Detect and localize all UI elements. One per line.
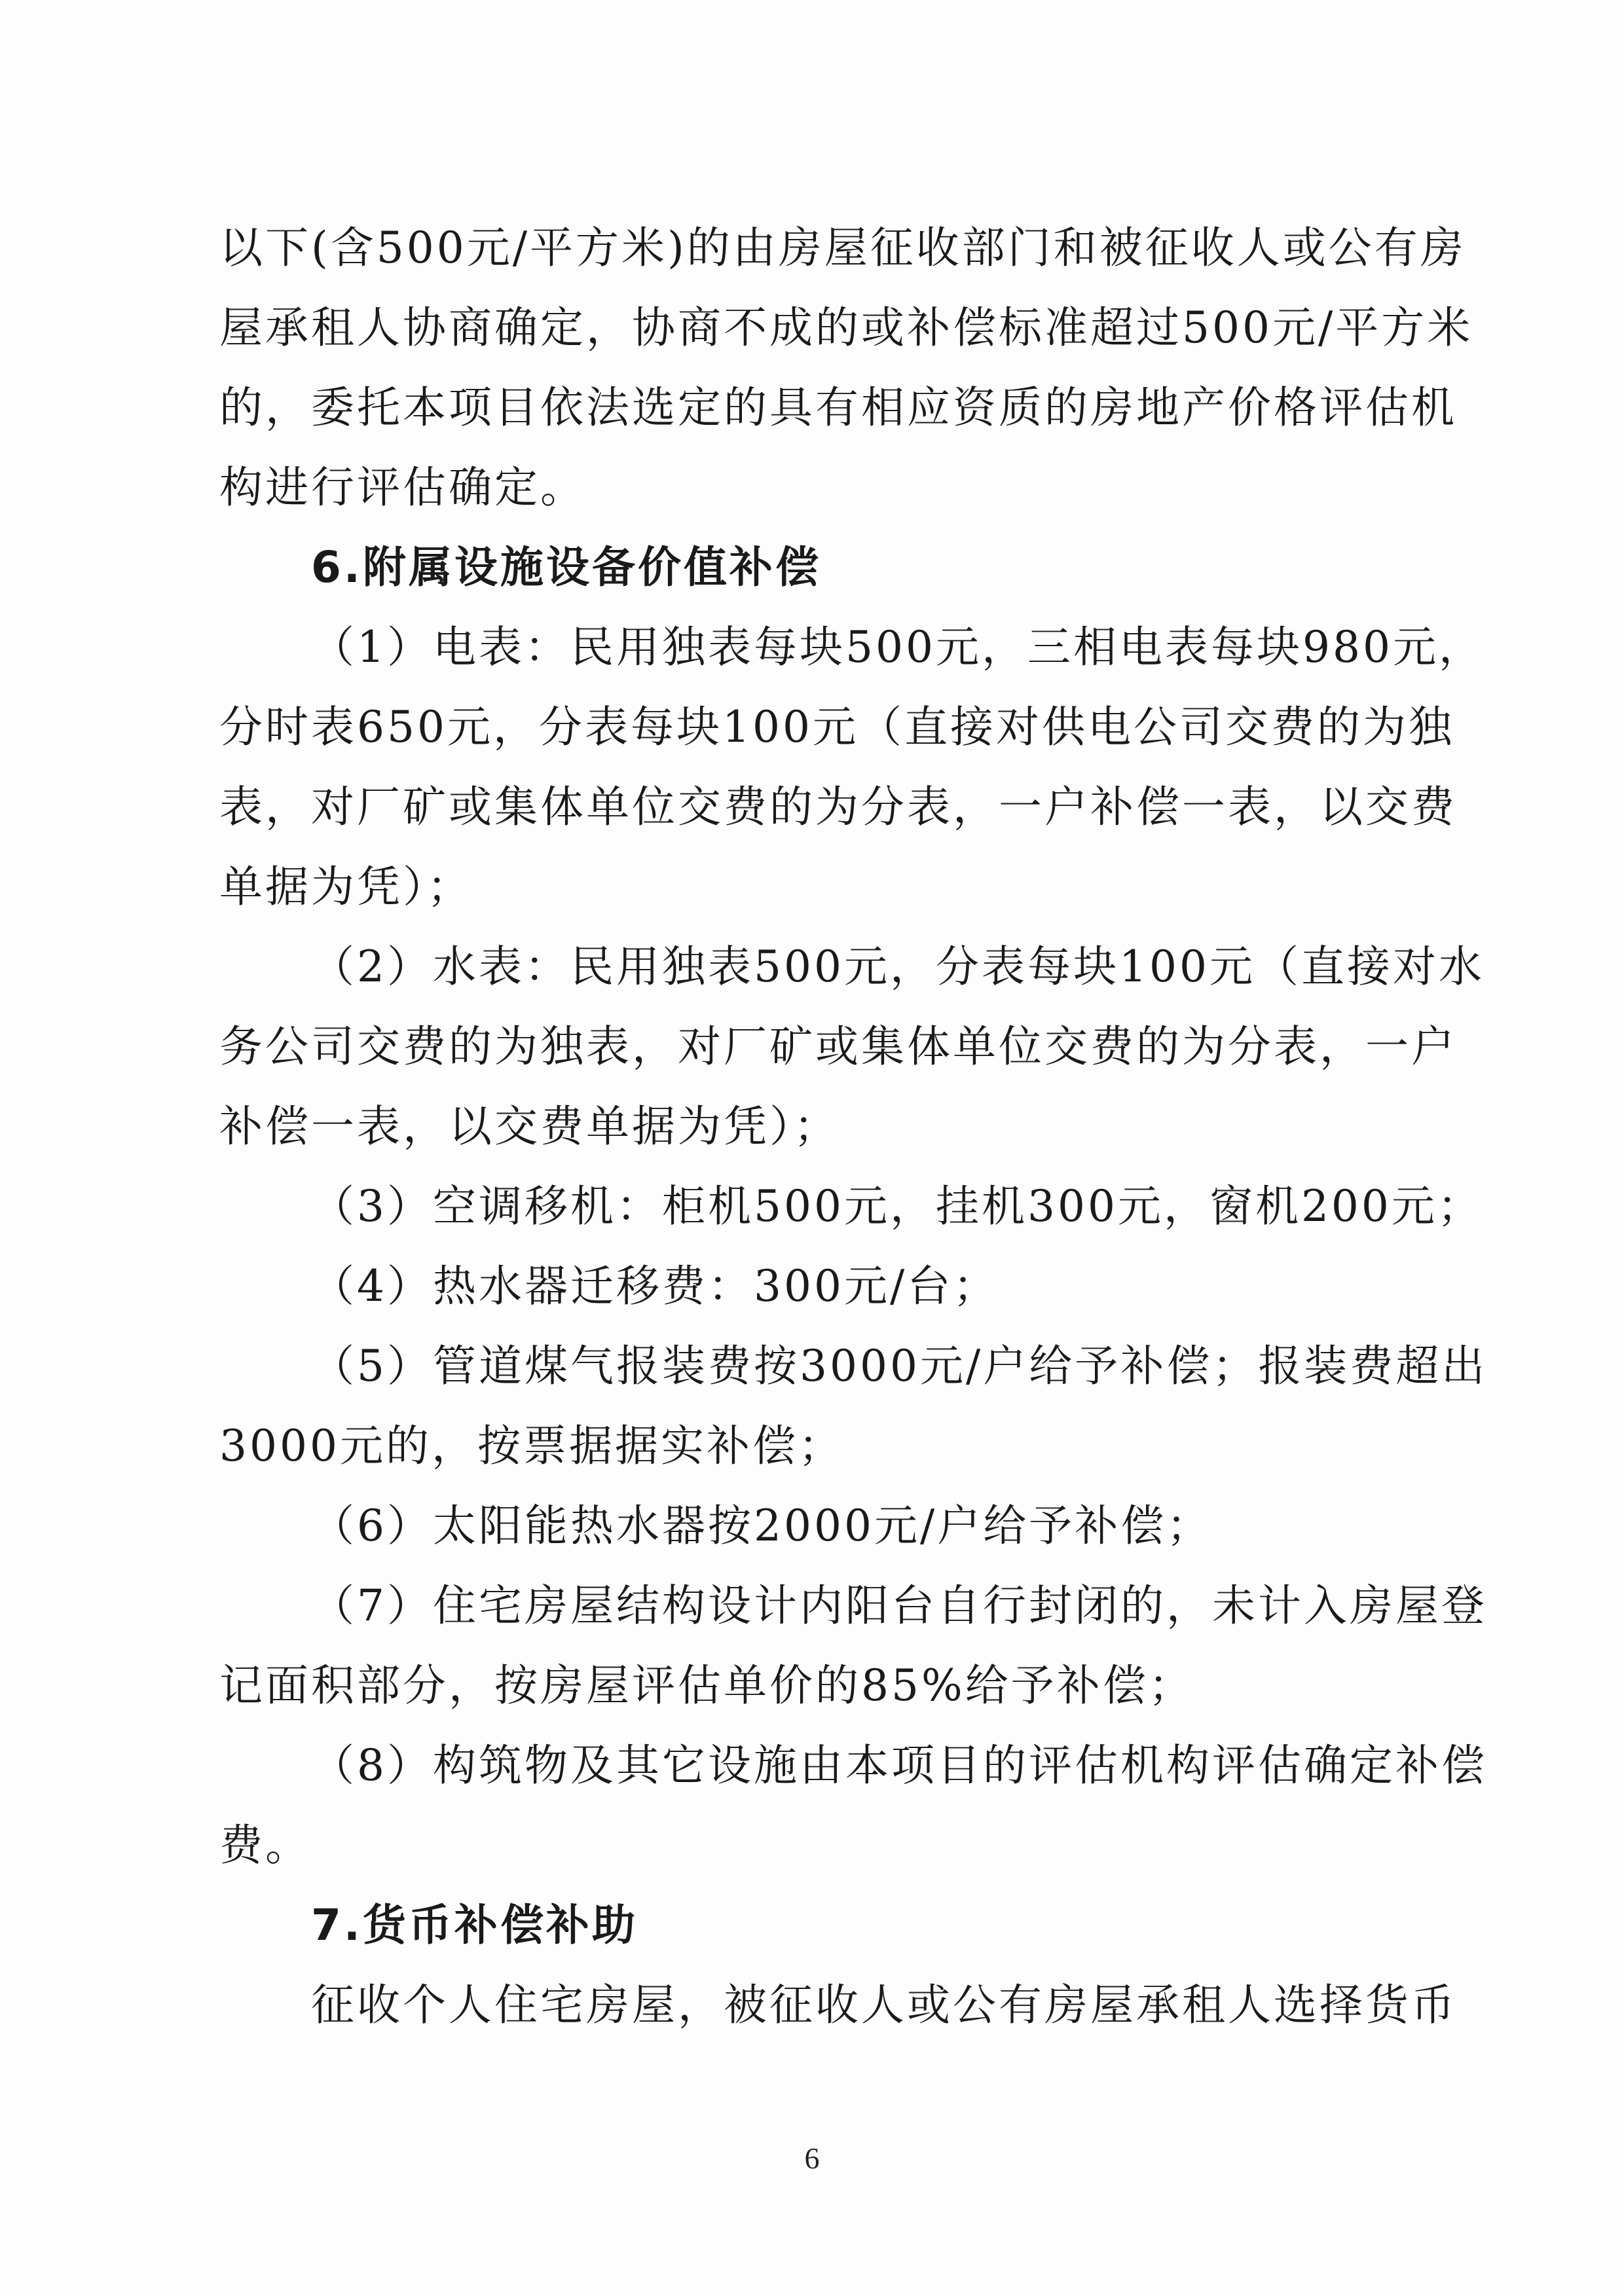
body-line: 3000元的，按票据据实补偿； (219, 1406, 1398, 1486)
body-line: 记面积部分，按房屋评估单价的85%给予补偿； (219, 1646, 1398, 1726)
list-item-1-electric-meter: （1）电表：民用独表每块500元，三相电表每块980元， (219, 608, 1398, 687)
list-item-3-air-conditioner: （3）空调移机：柜机500元，挂机300元，窗机200元； (219, 1167, 1398, 1247)
list-item-5-gas-pipeline: （5）管道煤气报装费按3000元/户给予补偿；报装费超出 (219, 1326, 1398, 1406)
page-number: 6 (0, 2141, 1624, 2176)
document-body: 以下(含500元/平方米)的由房屋征收部门和被征收人或公有房 屋承租人协商确定，… (219, 208, 1398, 2045)
section-heading-7: 7.货币补偿补助 (219, 1886, 1398, 1965)
document-page: 以下(含500元/平方米)的由房屋征收部门和被征收人或公有房 屋承租人协商确定，… (0, 0, 1624, 2296)
body-line: 屋承租人协商确定，协商不成的或补偿标准超过500元/平方米 (219, 288, 1398, 368)
list-item-6-solar-heater: （6）太阳能热水器按2000元/户给予补偿； (219, 1486, 1398, 1566)
body-line: 补偿一表，以交费单据为凭）； (219, 1087, 1398, 1167)
body-line: 费。 (219, 1806, 1398, 1886)
list-item-2-water-meter: （2）水表：民用独表500元，分表每块100元（直接对水 (219, 927, 1398, 1007)
body-line: 单据为凭）； (219, 847, 1398, 927)
section-heading-6: 6.附属设施设备价值补偿 (219, 528, 1398, 608)
body-line: 表，对厂矿或集体单位交费的为分表，一户补偿一表，以交费 (219, 767, 1398, 847)
body-line: 务公司交费的为独表，对厂矿或集体单位交费的为分表，一户 (219, 1007, 1398, 1087)
list-item-8-structures: （8）构筑物及其它设施由本项目的评估机构评估确定补偿 (219, 1726, 1398, 1806)
body-line: 以下(含500元/平方米)的由房屋征收部门和被征收人或公有房 (219, 208, 1398, 288)
body-line: 构进行评估确定。 (219, 448, 1398, 528)
list-item-4-water-heater: （4）热水器迁移费：300元/台； (219, 1247, 1398, 1326)
body-line: 的，委托本项目依法选定的具有相应资质的房地产价格评估机 (219, 368, 1398, 448)
body-line: 分时表650元，分表每块100元（直接对供电公司交费的为独 (219, 687, 1398, 767)
list-item-7-balcony: （7）住宅房屋结构设计内阳台自行封闭的，未计入房屋登 (219, 1566, 1398, 1646)
body-line: 征收个人住宅房屋，被征收人或公有房屋承租人选择货币 (219, 1965, 1398, 2045)
